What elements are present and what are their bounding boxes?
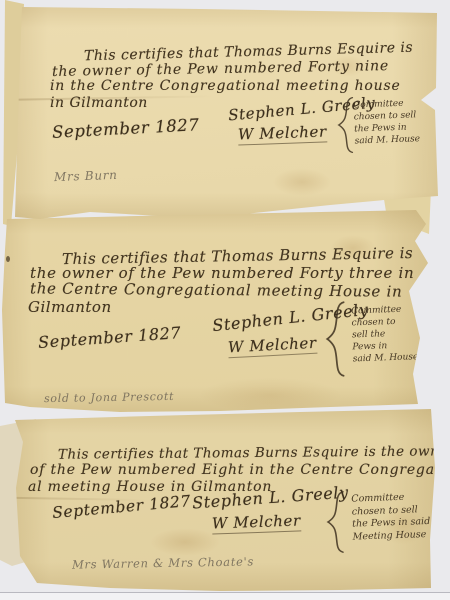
certificate-body-line: of the Pew numbered Eight in the Centre … [30,462,450,478]
ink-speck [6,256,10,262]
committee-note-line: Meeting House [352,528,444,544]
stain-spot [272,168,332,196]
signature-w-melcher: W Melcher [228,334,318,359]
committee-note: Committee chosen to sell the Pews in sai… [351,303,435,366]
stain-spot [200,378,340,412]
signature-w-melcher: W Melcher [212,511,301,534]
pencil-annotation: sold to Jona Prescott [44,390,174,405]
certificate-body-line: Gilmanton [28,298,112,316]
pencil-annotation: Mrs Burn [54,168,118,184]
pencil-annotation: Mrs Warren & Mrs Choate's [72,554,254,571]
committee-note: Committee chosen to sell the Pews in sai… [353,97,439,148]
committee-note-line: said M. House [353,351,435,366]
date-text: September 1827 [51,492,191,522]
committee-brace [324,300,348,378]
certificate-body-line: in Gilmanton [50,95,148,111]
scan-edge-line [0,592,450,593]
signature-w-melcher: W Melcher [238,122,327,145]
certificate-body-line: in the Centre Congregational meeting hou… [50,78,401,94]
committee-note: Committee chosen to sell the Pews in sai… [351,490,445,543]
committee-note-line: chosen to [351,315,433,330]
date-text: September 1827 [52,115,200,142]
stain-spot [150,528,220,556]
scan-bottom-strip [0,593,450,600]
certificate-body-line: This certifies that Thomas Burns Esquire… [58,443,450,462]
committee-brace [325,490,347,554]
document-scan: This certifies that Thomas Burns Esquire… [0,0,450,600]
date-text: September 1827 [38,323,182,352]
committee-note-line: said M. House [354,133,438,148]
